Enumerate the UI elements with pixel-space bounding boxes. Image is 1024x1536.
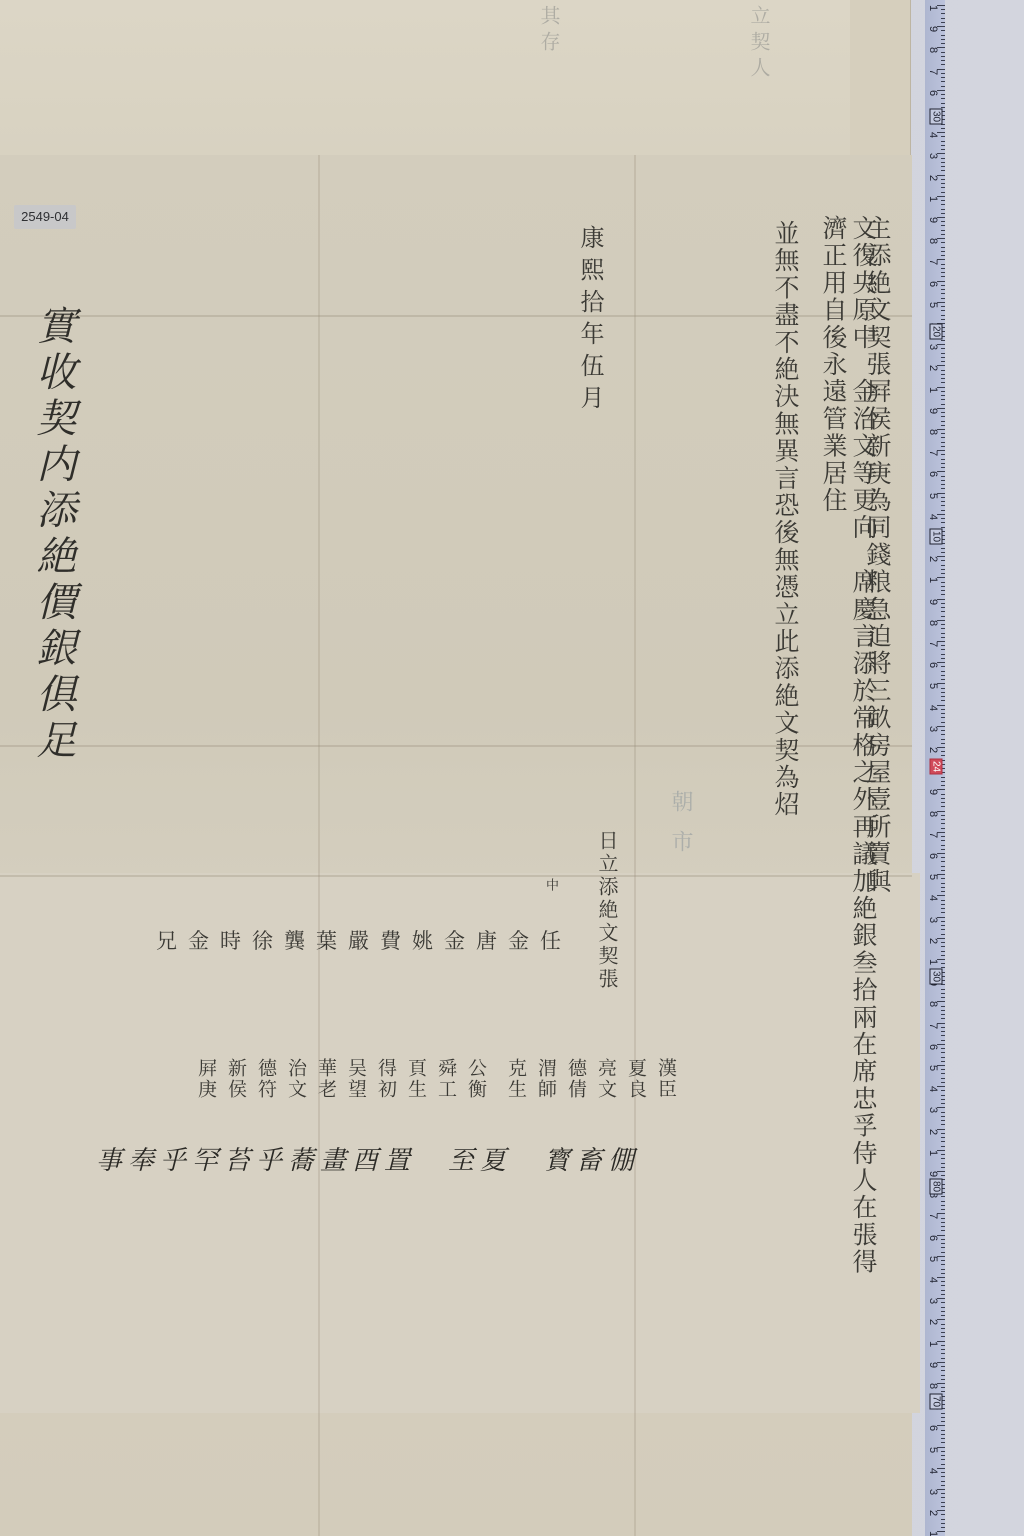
ruler-tick: [941, 1345, 945, 1346]
ruler-tick: [941, 1057, 945, 1058]
ruler-label: 9: [927, 404, 939, 418]
ruler-tick: [941, 433, 945, 434]
ruler-tick: [941, 319, 945, 320]
ruler-tick: [941, 1095, 945, 1096]
signature-marks: 事奉乎罕苔乎蕎畫酉置 至夏 寳畜倗: [180, 1140, 640, 1177]
measuring-ruler: 1987654321987654321987654321987654321987…: [925, 0, 945, 1536]
ruler-tick: [941, 315, 945, 316]
party-names: 漢臣 夏良 亮文 德倩 渭師 克生 公衡 舜工 頁生 得初 吴望 華老 治文 德…: [196, 1058, 680, 1100]
ruler-tick: [941, 819, 945, 820]
ruler-label: 7: [927, 65, 939, 79]
ruler-tick: [941, 272, 945, 273]
party-name: 漢臣: [656, 1058, 680, 1100]
ruler-tick: [941, 1434, 945, 1435]
ruler-label: 5: [927, 1443, 939, 1457]
ruler-label: 8: [927, 43, 939, 57]
ruler-tick: [941, 437, 945, 438]
ruler-tick: [941, 1167, 945, 1168]
ruler-tick: [941, 594, 945, 595]
ruler-tick: [941, 908, 945, 909]
party-name: 渭師: [536, 1058, 560, 1100]
ruler-tick: [941, 1175, 945, 1176]
ruler-label: 2: [927, 171, 939, 185]
ruler-tick: [941, 1438, 945, 1439]
ruler-label: 2: [927, 1125, 939, 1139]
ruler-tick: [941, 35, 945, 36]
ruler-tick: [941, 628, 945, 629]
ruler-label: 8: [927, 1379, 939, 1393]
party-name: 德倩: [566, 1058, 590, 1100]
ruler-label: 7: [927, 446, 939, 460]
ruler-tick: [941, 1353, 945, 1354]
ruler-tick: [941, 30, 945, 31]
ruler-tick: [941, 1523, 945, 1524]
ruler-tick: [941, 213, 945, 214]
ruler-label: 1: [927, 1337, 939, 1351]
ruler-label: 6: [927, 849, 939, 863]
ruler-label: 3: [927, 1485, 939, 1499]
ruler-label: 3: [927, 913, 939, 927]
signature-heading: 日立添絶文契張: [592, 830, 622, 991]
ruler-tick: [941, 497, 945, 498]
ruler-tick: [941, 1328, 945, 1329]
ruler-tick: [941, 285, 945, 286]
ruler-label: 4: [927, 1464, 939, 1478]
ruler-tick: [941, 276, 945, 277]
ruler-tick: [941, 1061, 945, 1062]
ruler-label: 1: [927, 1527, 939, 1536]
ruler-label: 4: [927, 1273, 939, 1287]
ruler-tick: [941, 1430, 945, 1431]
ruler-tick: [941, 1018, 945, 1019]
ruler-tick: [941, 1476, 945, 1477]
bleedthrough-text: 朝: [665, 790, 696, 822]
ruler-label: 3: [927, 149, 939, 163]
ruler-label: 4: [927, 701, 939, 715]
ruler-tick: [941, 425, 945, 426]
ruler-tick: [941, 552, 945, 553]
ruler-tick: [941, 200, 945, 201]
ruler-tick: [941, 1073, 945, 1074]
ruler-tick: [941, 798, 945, 799]
ruler-tick: [941, 955, 945, 956]
ruler-tick: [941, 1014, 945, 1015]
ruler-tick: [941, 251, 945, 252]
ruler-label: 3: [927, 1103, 939, 1117]
ruler-tick: [941, 836, 945, 837]
ruler-tick: [941, 1158, 945, 1159]
ruler-tick: [941, 484, 945, 485]
ruler-tick: [941, 310, 945, 311]
ruler-tick: [941, 1349, 945, 1350]
ruler-tick: [941, 616, 945, 617]
ruler-tick: [941, 912, 945, 913]
ruler-tick: [941, 1285, 945, 1286]
ruler-tick: [941, 1264, 945, 1265]
ruler-tick: [941, 743, 945, 744]
ruler-tick: [941, 399, 945, 400]
ruler-tick: [941, 209, 945, 210]
ruler-tick: [941, 1307, 945, 1308]
text-column-3: 文復央原中 金治文等更向 席慶言添於常格之外再議加絶銀叁拾兩在席忠孚侍人在張得濟…: [818, 215, 878, 1295]
ruler-tick: [941, 264, 945, 265]
ruler-tick: [941, 1137, 945, 1138]
ruler-tick: [941, 136, 945, 137]
ruler-tick: [941, 1027, 945, 1028]
ruler-tick: [941, 77, 945, 78]
ruler-label: 6: [927, 467, 939, 481]
ruler-tick: [941, 522, 945, 523]
ruler-tick: [941, 1124, 945, 1125]
ruler-major-label: 30: [930, 969, 943, 985]
ruler-tick: [941, 1455, 945, 1456]
ruler-tick: [941, 1201, 945, 1202]
party-name: 克生: [506, 1058, 530, 1100]
ruler-tick: [941, 883, 945, 884]
ruler-tick: [941, 1112, 945, 1113]
party-name: 亮文: [596, 1058, 620, 1100]
ruler-tick: [941, 929, 945, 930]
ruler-major-label: 24: [930, 759, 943, 775]
ruler-label: 4: [927, 1082, 939, 1096]
ruler-tick: [941, 22, 945, 23]
ruler-label: 1: [927, 383, 939, 397]
ruler-tick: [941, 649, 945, 650]
ruler-tick: [941, 1497, 945, 1498]
party-name: 治文: [286, 1058, 310, 1100]
ruler-tick: [941, 128, 945, 129]
ruler-tick: [941, 1209, 945, 1210]
ruler-tick: [941, 242, 945, 243]
top-paper-sheet: 其存 立契人: [0, 0, 850, 157]
ruler-tick: [941, 1218, 945, 1219]
ruler-tick: [941, 1336, 945, 1337]
ruler-tick: [941, 230, 945, 231]
ruler-tick: [941, 823, 945, 824]
ruler-label: 9: [927, 595, 939, 609]
ruler-tick: [941, 560, 945, 561]
party-name: 得初: [376, 1058, 400, 1100]
ruler-label: 6: [927, 277, 939, 291]
ruler-label: 1: [927, 955, 939, 969]
ruler-tick: [941, 785, 945, 786]
ruler-tick: [941, 340, 945, 341]
ruler-tick: [941, 942, 945, 943]
ruler-tick: [941, 1481, 945, 1482]
ruler-label: 6: [927, 86, 939, 100]
ruler-tick: [941, 891, 945, 892]
ruler-tick: [941, 734, 945, 735]
party-name: 華老: [316, 1058, 340, 1100]
ruler-tick: [941, 654, 945, 655]
ruler-label: 7: [927, 255, 939, 269]
ruler-tick: [941, 103, 945, 104]
ruler-label: 1: [927, 573, 939, 587]
ruler-label: 9: [927, 213, 939, 227]
ruler-tick: [941, 722, 945, 723]
ruler-tick: [941, 1090, 945, 1091]
ruler-label: 8: [927, 234, 939, 248]
ruler-tick: [941, 187, 945, 188]
ruler-tick: [941, 1413, 945, 1414]
top-sheet-fragment: 其存: [535, 5, 564, 57]
ruler-tick: [941, 1459, 945, 1460]
ruler-tick: [941, 382, 945, 383]
ruler-label: 4: [927, 128, 939, 142]
ruler-tick: [941, 94, 945, 95]
ruler-tick: [941, 849, 945, 850]
ruler-tick: [941, 1035, 945, 1036]
ruler-tick: [941, 60, 945, 61]
ruler-tick: [941, 488, 945, 489]
ruler-tick: [941, 1332, 945, 1333]
ruler-tick: [941, 1493, 945, 1494]
ruler-tick: [941, 806, 945, 807]
text-column-4: 並無不盡不絶決無異言恐後無憑立此添絶文契為炤: [770, 220, 800, 840]
ruler-tick: [941, 247, 945, 248]
ruler-tick: [941, 1417, 945, 1418]
ruler-label: 2: [927, 1506, 939, 1520]
ruler-tick: [941, 1146, 945, 1147]
ruler-tick: [941, 268, 945, 269]
ruler-tick: [941, 1273, 945, 1274]
ruler-tick: [941, 1048, 945, 1049]
ruler-tick: [941, 989, 945, 990]
ruler-label: 5: [927, 1061, 939, 1075]
ruler-tick: [941, 857, 945, 858]
ruler-tick: [941, 1141, 945, 1142]
ruler-major-label: 70: [930, 1394, 943, 1410]
witness-label: 中: [535, 878, 565, 894]
ruler-tick: [941, 1387, 945, 1388]
ruler-label: 1: [927, 1, 939, 15]
ruler-tick: [941, 878, 945, 879]
ruler-tick: [941, 739, 945, 740]
ruler-tick: [941, 1010, 945, 1011]
ruler-tick: [941, 700, 945, 701]
ruler-tick: [941, 565, 945, 566]
ruler-label: 5: [927, 870, 939, 884]
ruler-tick: [941, 696, 945, 697]
party-name: 吴望: [346, 1058, 370, 1100]
ruler-tick: [941, 476, 945, 477]
ruler-tick: [941, 158, 945, 159]
ruler-tick: [941, 569, 945, 570]
ruler-label: 5: [927, 679, 939, 693]
ruler-tick: [941, 997, 945, 998]
ruler-tick: [941, 442, 945, 443]
ruler-tick: [941, 13, 945, 14]
catalog-tag: 2549-04: [14, 205, 76, 229]
ruler-tick: [941, 459, 945, 460]
ruler-tick: [941, 395, 945, 396]
ruler-tick: [941, 1391, 945, 1392]
ruler-tick: [941, 755, 945, 756]
ruler-tick: [941, 993, 945, 994]
ruler-tick: [941, 1031, 945, 1032]
ruler-tick: [941, 1252, 945, 1253]
party-name: 屛庚: [196, 1058, 220, 1100]
ruler-tick: [941, 480, 945, 481]
top-sheet-edge: [850, 0, 911, 170]
ruler-tick: [941, 353, 945, 354]
party-name: 公衡: [466, 1058, 490, 1100]
ruler-tick: [941, 1315, 945, 1316]
ruler-tick: [941, 162, 945, 163]
ruler-label: 2: [927, 743, 939, 757]
ruler-tick: [941, 234, 945, 235]
ruler-tick: [941, 1379, 945, 1380]
ruler-major-label: 10: [930, 529, 943, 545]
ruler-label: 8: [927, 807, 939, 821]
ruler-tick: [941, 501, 945, 502]
ruler-tick: [941, 637, 945, 638]
ruler-tick: [941, 688, 945, 689]
ruler-tick: [941, 505, 945, 506]
ruler-label: 8: [927, 997, 939, 1011]
ruler-major-label: 20: [930, 324, 943, 340]
ruler-label: 9: [927, 785, 939, 799]
ruler-tick: [941, 1442, 945, 1443]
ruler-tick: [941, 293, 945, 294]
ruler-tick: [941, 1040, 945, 1041]
ruler-tick: [941, 1222, 945, 1223]
ruler-tick: [941, 1226, 945, 1227]
ruler-tick: [941, 416, 945, 417]
ruler-tick: [941, 518, 945, 519]
ruler-tick: [941, 709, 945, 710]
ruler-tick: [941, 306, 945, 307]
ruler-tick: [941, 1243, 945, 1244]
ruler-tick: [941, 1421, 945, 1422]
ruler-tick: [941, 717, 945, 718]
ruler-tick: [941, 1082, 945, 1083]
ruler-tick: [941, 225, 945, 226]
ruler-tick: [941, 348, 945, 349]
ruler-tick: [941, 866, 945, 867]
ruler-tick: [941, 934, 945, 935]
ruler-tick: [941, 870, 945, 871]
ruler-label: 7: [927, 1019, 939, 1033]
ruler-label: 1: [927, 1146, 939, 1160]
ruler-label: 6: [927, 1421, 939, 1435]
ruler-label: 3: [927, 722, 939, 736]
fold-line: [318, 155, 320, 1536]
ruler-tick: [941, 777, 945, 778]
ruler-tick: [941, 1502, 945, 1503]
ruler-tick: [941, 149, 945, 150]
ruler-tick: [941, 1069, 945, 1070]
ruler-tick: [941, 590, 945, 591]
ruler-tick: [941, 1519, 945, 1520]
ruler-tick: [941, 984, 945, 985]
ruler-tick: [941, 1358, 945, 1359]
ruler-major-label: 80: [930, 1179, 943, 1195]
ruler-tick: [941, 510, 945, 511]
ruler-tick: [941, 1324, 945, 1325]
ruler-tick: [941, 675, 945, 676]
ruler-tick: [941, 192, 945, 193]
ruler-tick: [941, 1506, 945, 1507]
ruler-tick: [941, 730, 945, 731]
ruler-tick: [941, 586, 945, 587]
ruler-tick: [941, 56, 945, 57]
ruler-tick: [941, 815, 945, 816]
ruler-tick: [941, 904, 945, 905]
ruler-label: 8: [927, 425, 939, 439]
ruler-tick: [941, 255, 945, 256]
ruler-tick: [941, 1120, 945, 1121]
ruler-tick: [941, 802, 945, 803]
ruler-tick: [941, 98, 945, 99]
ruler-label: 2: [927, 934, 939, 948]
ruler-tick: [941, 1239, 945, 1240]
ruler-tick: [941, 204, 945, 205]
party-name: 新侯: [226, 1058, 250, 1100]
ruler-label: 6: [927, 1040, 939, 1054]
ruler-tick: [941, 52, 945, 53]
party-name: 夏良: [626, 1058, 650, 1100]
ruler-tick: [941, 671, 945, 672]
ruler-tick: [941, 828, 945, 829]
ruler-tick: [941, 1472, 945, 1473]
ruler-tick: [941, 1375, 945, 1376]
party-name: 德符: [256, 1058, 280, 1100]
ruler-tick: [941, 1116, 945, 1117]
ruler-label: 4: [927, 891, 939, 905]
ruler-tick: [941, 713, 945, 714]
ruler-label: 2: [927, 361, 939, 375]
ruler-tick: [941, 1196, 945, 1197]
ruler-label: 3: [927, 1294, 939, 1308]
ruler-tick: [941, 1154, 945, 1155]
ruler-tick: [941, 624, 945, 625]
fold-line: [634, 155, 636, 1536]
ruler-tick: [941, 166, 945, 167]
party-name: 頁生: [406, 1058, 430, 1100]
party-name: 舜工: [436, 1058, 460, 1100]
ruler-tick: [941, 1163, 945, 1164]
ruler-tick: [941, 1370, 945, 1371]
ruler-tick: [941, 179, 945, 180]
ruler-major-label: 30: [930, 109, 943, 125]
ruler-tick: [941, 73, 945, 74]
ruler-tick: [941, 1205, 945, 1206]
ruler-tick: [941, 645, 945, 646]
ruler-tick: [941, 1290, 945, 1291]
ruler-tick: [941, 1260, 945, 1261]
contract-date: 康熙拾年伍月: [575, 225, 605, 417]
ruler-tick: [941, 887, 945, 888]
ruler-tick: [941, 145, 945, 146]
ruler-tick: [941, 1464, 945, 1465]
ruler-tick: [941, 81, 945, 82]
ruler-tick: [941, 845, 945, 846]
ruler-tick: [941, 370, 945, 371]
ruler-tick: [941, 781, 945, 782]
ruler-tick: [941, 183, 945, 184]
ruler-tick: [941, 421, 945, 422]
ruler-tick: [941, 573, 945, 574]
ruler-tick: [941, 658, 945, 659]
ruler-tick: [941, 170, 945, 171]
ruler-label: 7: [927, 637, 939, 651]
bleedthrough-text: 市: [665, 830, 696, 862]
ruler-tick: [941, 1302, 945, 1303]
ruler-tick: [941, 64, 945, 65]
ruler-tick: [941, 454, 945, 455]
ruler-tick: [941, 963, 945, 964]
